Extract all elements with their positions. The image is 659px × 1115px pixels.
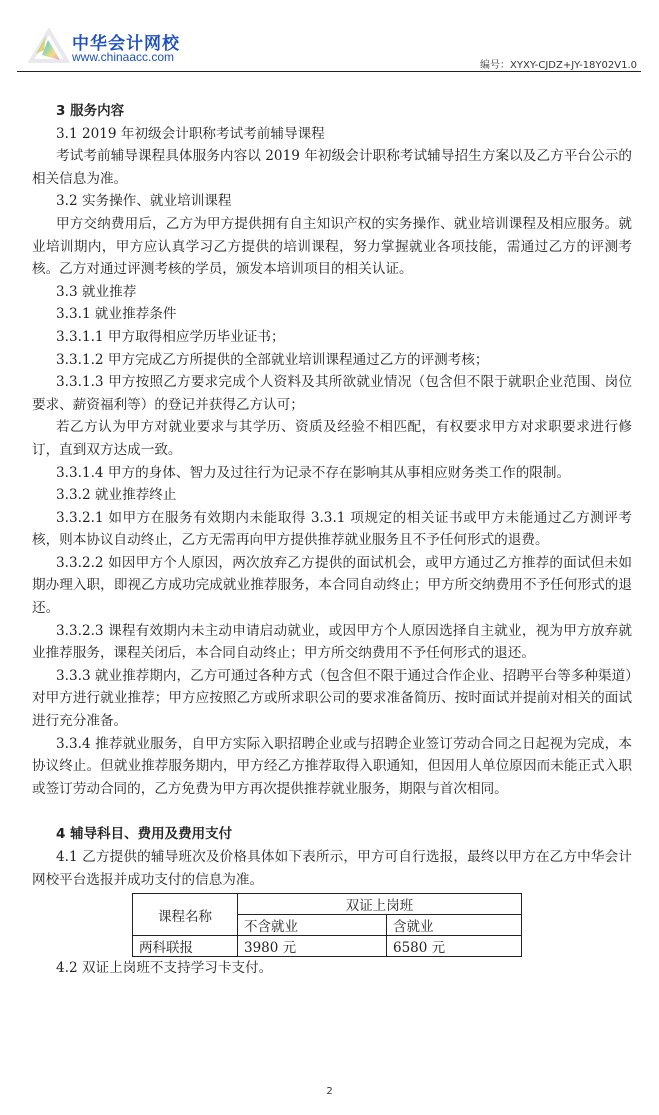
clause-4-1: 4.1 乙方提供的辅导班次及价格具体如下表所示，甲方可自行选报，最终以甲方在乙方… xyxy=(32,846,632,891)
page-header: 中华会计网校 www.chinaacc.com 编号：XYXY-CJDZ+JY-… xyxy=(0,0,659,80)
section-3-3-1-title: 3.3.1 就业推荐条件 xyxy=(32,303,632,326)
clause-3-3-1-4: 3.3.1.4 甲方的身体、智力及过往行为记录不存在影响其从事相应财务类工作的限… xyxy=(32,462,632,485)
subheader-with-job: 含就业 xyxy=(387,915,522,936)
clause-3-3-1-1: 3.3.1.1 甲方取得相应学历毕业证书； xyxy=(32,326,632,349)
document-code: 编号：XYXY-CJDZ+JY-18Y02V1.0 xyxy=(480,56,637,71)
table-row: 两科联报 3980 元 6580 元 xyxy=(133,936,522,957)
course-cell: 两科联报 xyxy=(133,936,238,957)
section-3-2-title: 3.2 实务操作、就业培训课程 xyxy=(32,190,632,213)
section-3-3-title: 3.3 就业推荐 xyxy=(32,281,632,304)
clause-3-3-4: 3.3.4 推荐就业服务，自甲方实际入职招聘企业或与招聘企业签订劳动合同之日起视… xyxy=(32,733,632,801)
page-number: 2 xyxy=(0,1086,659,1097)
header-divider xyxy=(17,71,641,72)
section-3-2-body: 甲方交纳费用后，乙方为甲方提供拥有自主知识产权的实务操作、就业培训课程及相应服务… xyxy=(32,213,632,281)
section-3-3-2-title: 3.3.2 就业推荐终止 xyxy=(32,484,632,507)
table-header-row: 课程名称 双证上岗班 xyxy=(133,894,522,915)
price-table: 课程名称 双证上岗班 不含就业 含就业 两科联报 3980 元 6580 元 xyxy=(132,893,522,957)
course-name-header: 课程名称 xyxy=(133,894,238,936)
section-3-1-body: 考试考前辅导课程具体服务内容以 2019 年初级会计职称考试辅导招生方案以及乙方… xyxy=(32,145,632,190)
clause-3-3-3: 3.3.3 就业推荐期内，乙方可通过各种方式（包含但不限于通过合作企业、招聘平台… xyxy=(32,665,632,733)
price-with-job: 6580 元 xyxy=(387,936,522,957)
clause-3-3-1-2: 3.3.1.2 甲方完成乙方所提供的全部就业培训课程通过乙方的评测考核； xyxy=(32,349,632,372)
clause-4-2: 4.2 双证上岗班不支持学习卡支付。 xyxy=(32,957,632,980)
price-without-job: 3980 元 xyxy=(238,936,387,957)
section-4-title: 4 辅导科目、费用及费用支付 xyxy=(32,823,632,846)
brand-url: www.chinaacc.com xyxy=(72,50,174,64)
clause-3-3-1-3-note: 若乙方认为甲方对就业要求与其学历、资质及经验不相匹配，有权要求甲方对求职要求进行… xyxy=(32,416,632,461)
document-body: 3 服务内容 3.1 2019 年初级会计职称考试考前辅导课程 考试考前辅导课程… xyxy=(32,100,632,980)
section-spacer xyxy=(32,800,632,823)
clause-3-3-1-3: 3.3.1.3 甲方按照乙方要求完成个人资料及其所欲就业情况（包含但不限于就职企… xyxy=(32,371,632,416)
section-3-1-title: 3.1 2019 年初级会计职称考试考前辅导课程 xyxy=(32,123,632,146)
clause-3-3-2-3: 3.3.2.3 课程有效期内未主动申请启动就业，或因甲方个人原因选择自主就业，视… xyxy=(32,620,632,665)
group-header: 双证上岗班 xyxy=(238,894,522,915)
section-3-title: 3 服务内容 xyxy=(32,100,632,123)
logo-icon xyxy=(28,28,70,64)
subheader-without-job: 不含就业 xyxy=(238,915,387,936)
clause-3-3-2-1: 3.3.2.1 如甲方在服务有效期内未能取得 3.3.1 项规定的相关证书或甲方… xyxy=(32,507,632,552)
clause-3-3-2-2: 3.3.2.2 如因甲方个人原因，两次放弃乙方提供的面试机会，或甲方通过乙方推荐… xyxy=(32,552,632,620)
